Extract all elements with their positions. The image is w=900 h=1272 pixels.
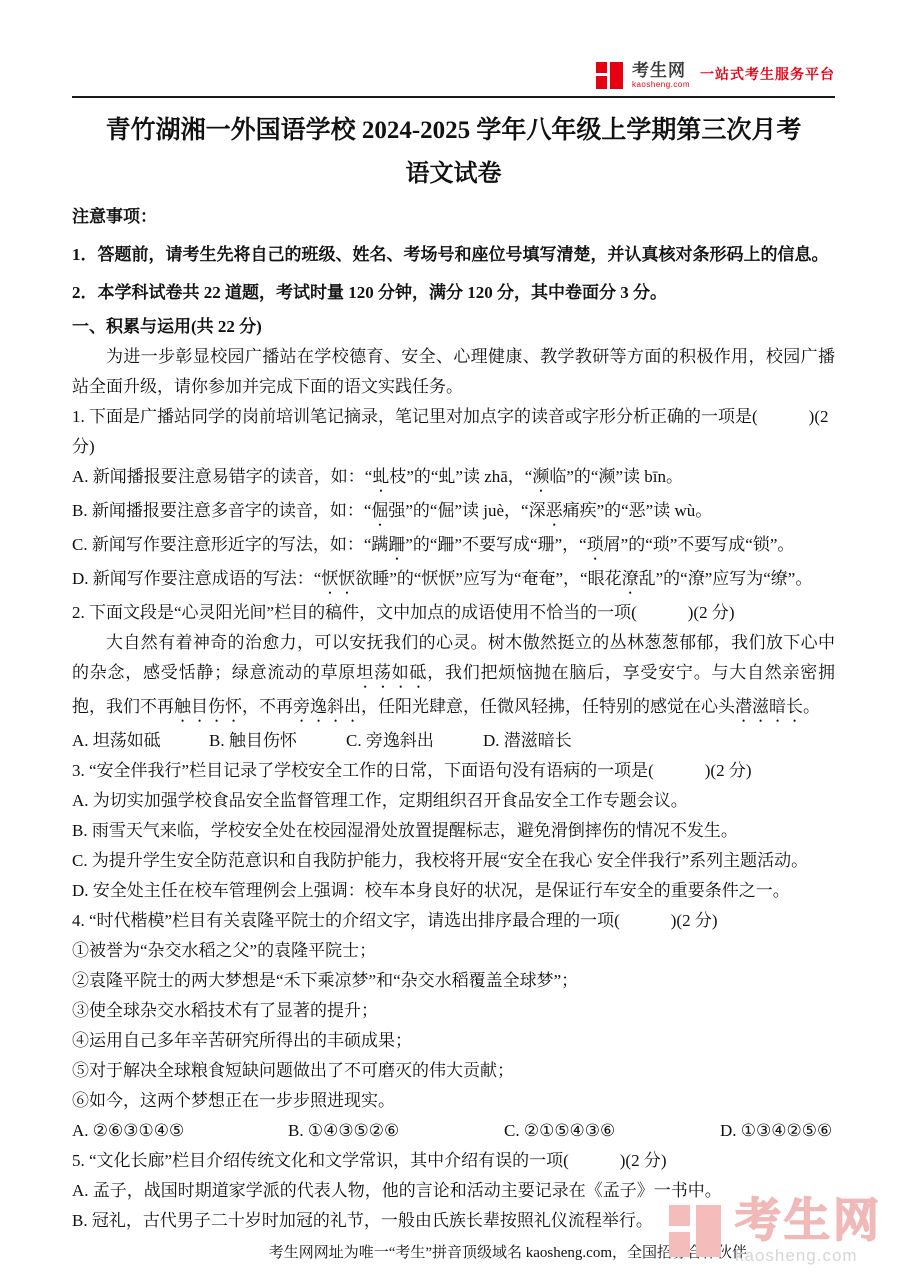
exam-page: 考生网 kaosheng.com 一站式考生服务平台 青竹湖湘一外国语学校 20… xyxy=(0,0,900,1264)
notice-heading: 注意事项： xyxy=(72,202,835,232)
question-3-option-b: B. 雨雪天气来临，学校安全处在校园湿滑处放置提醒标志，避免滑倒摔伤的情况不发生… xyxy=(72,816,835,846)
question-4-item-1: ①被誉为“杂交水稻之父”的袁隆平院士； xyxy=(72,936,835,966)
question-1-option-d: D. 新闻写作要注意成语的写法：“恹恹欲睡”的“恹恹”应写为“奄奄”，“眼花潦乱… xyxy=(72,564,835,598)
watermark-domain: kaosheng.com xyxy=(735,1247,882,1264)
question-2-option-d: D. 潜滋暗长 xyxy=(483,726,572,756)
question-4-item-4: ④运用自己多年辛苦研究所得出的丰硕成果； xyxy=(72,1026,835,1056)
question-4-option-a: A. ②⑥③①④⑤ xyxy=(72,1116,288,1146)
question-4-stem: 4. “时代楷模”栏目有关袁隆平院士的介绍文字，请选出排序最合理的一项( )(2… xyxy=(72,906,835,936)
section-1-intro: 为进一步彰显校园广播站在学校德育、安全、心理健康、教学教研等方面的积极作用，校园… xyxy=(72,342,835,402)
question-4-option-d: D. ①③④②⑤⑥ xyxy=(720,1116,832,1146)
question-1-option-c: C. 新闻写作要注意形近字的写法，如：“蹒跚”的“跚”不要写成“珊”，“琐屑”的… xyxy=(72,530,835,564)
question-2-option-a: A. 坦荡如砥 xyxy=(72,726,209,756)
question-1-stem: 1. 下面是广播站同学的岗前培训笔记摘录，笔记里对加点字的读音或字形分析正确的一… xyxy=(72,402,835,462)
page-header: 考生网 kaosheng.com 一站式考生服务平台 xyxy=(72,46,835,90)
section-1-heading: 一、积累与运用(共 22 分) xyxy=(72,312,835,342)
watermark-logo: 考生网 kaosheng.com xyxy=(669,1197,882,1264)
question-2-passage: 大自然有着神奇的治愈力，可以安抚我们的心灵。树木傲然挺立的丛林葱葱郁郁，我们放下… xyxy=(72,628,835,726)
question-4-option-b: B. ①④③⑤②⑥ xyxy=(288,1116,504,1146)
question-1-option-a: A. 新闻播报要注意易错字的读音，如：“虬枝”的“虬”读 zhā，“濒临”的“濒… xyxy=(72,462,835,496)
question-2-option-b: B. 触目伤怀 xyxy=(209,726,346,756)
question-5-stem: 5. “文化长廊”栏目介绍传统文化和文学常识，其中介绍有误的一项( )(2 分) xyxy=(72,1146,835,1176)
logo-domain: kaosheng.com xyxy=(632,81,690,89)
question-3-option-a: A. 为切实加强学校食品安全监督管理工作，定期组织召开食品安全工作专题会议。 xyxy=(72,786,835,816)
watermark-h-blocks-icon xyxy=(669,1201,727,1261)
question-4-item-3: ③使全球杂交水稻技术有了显著的提升； xyxy=(72,996,835,1026)
notice-item-1: 1．答题前，请考生先将自己的班级、姓名、考场号和座位号填写清楚，并认真核对条形码… xyxy=(72,240,835,270)
question-4-item-6: ⑥如今，这两个梦想正在一步步照进现实。 xyxy=(72,1086,835,1116)
question-2-option-c: C. 旁逸斜出 xyxy=(346,726,483,756)
exam-title: 青竹湖湘一外国语学校 2024-2025 学年八年级上学期第三次月考 xyxy=(72,114,835,148)
question-4-option-c: C. ②①⑤④③⑥ xyxy=(504,1116,720,1146)
question-4-item-2: ②袁隆平院士的两大梦想是“禾下乘凉梦”和“杂交水稻覆盖全球梦”； xyxy=(72,966,835,996)
exam-subtitle: 语文试卷 xyxy=(72,158,835,190)
kaosheng-h-blocks-icon xyxy=(596,60,626,90)
kaosheng-logo: 考生网 kaosheng.com 一站式考生服务平台 xyxy=(596,60,835,90)
question-2-options: A. 坦荡如砥 B. 触目伤怀 C. 旁逸斜出 D. 潜滋暗长 xyxy=(72,726,835,756)
notice-item-2: 2．本学科试卷共 22 道题，考试时量 120 分钟，满分 120 分，其中卷面… xyxy=(72,278,835,308)
question-3-option-d: D. 安全处主任在校车管理例会上强调：校车本身良好的状况，是保证行车安全的重要条… xyxy=(72,876,835,906)
header-divider xyxy=(72,96,835,98)
question-3-option-c: C. 为提升学生安全防范意识和自我防护能力，我校将开展“安全在我心 安全伴我行”… xyxy=(72,846,835,876)
question-1-option-b: B. 新闻播报要注意多音字的读音，如：“倔强”的“倔”读 juè，“深恶痛疾”的… xyxy=(72,496,835,530)
question-2-stem: 2. 下面文段是“心灵阳光间”栏目的稿件，文中加点的成语使用不恰当的一项( )(… xyxy=(72,598,835,628)
question-3-stem: 3. “安全伴我行”栏目记录了学校安全工作的日常，下面语句没有语病的一项是( )… xyxy=(72,756,835,786)
logo-brand: 考生网 xyxy=(632,62,690,79)
watermark-brand: 考生网 xyxy=(735,1197,882,1243)
logo-tagline: 一站式考生服务平台 xyxy=(700,64,835,86)
question-4-item-5: ⑤对于解决全球粮食短缺问题做出了不可磨灭的伟大贡献； xyxy=(72,1056,835,1086)
question-4-options: A. ②⑥③①④⑤ B. ①④③⑤②⑥ C. ②①⑤④③⑥ D. ①③④②⑤⑥ xyxy=(72,1116,835,1146)
